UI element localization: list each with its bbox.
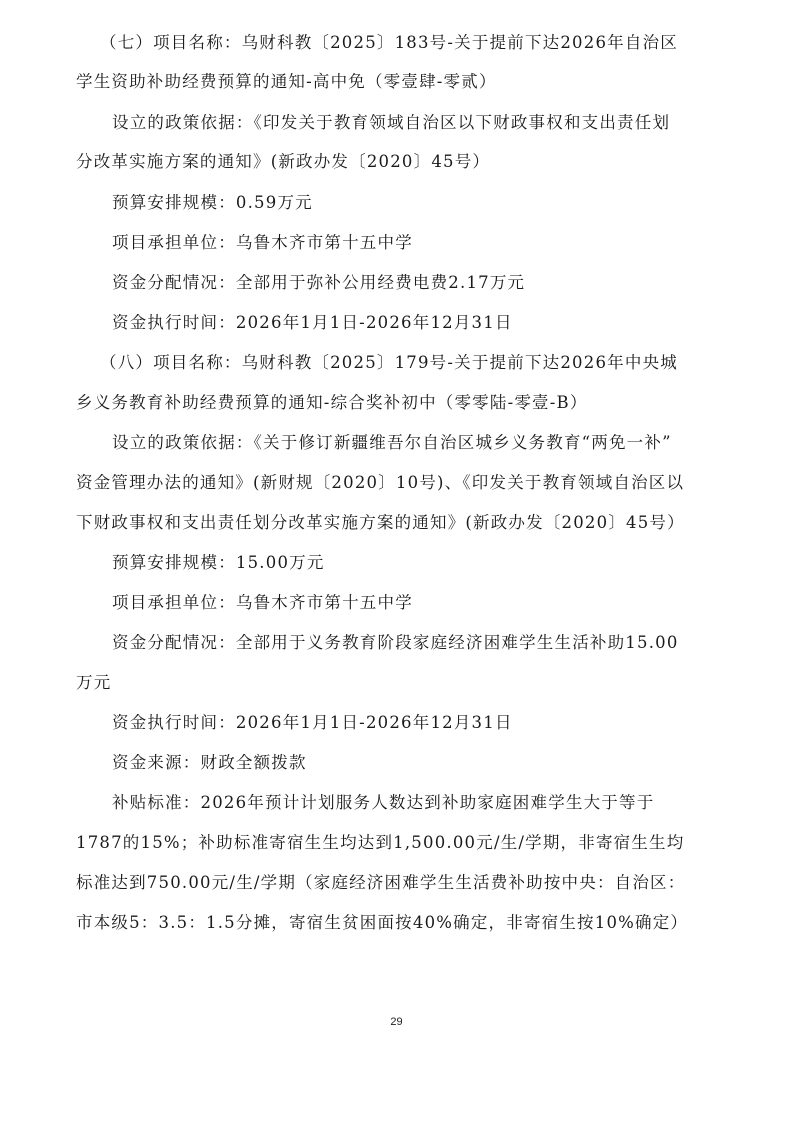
project-8-execution-time: 资金执行时间：2026年1月1日-2026年12月31日 [112, 712, 513, 734]
project-7-fund-allocation: 资金分配情况：全部用于弥补公用经费电费2.17万元 [112, 272, 525, 294]
project-7-policy-basis-cont: 分改革实施方案的通知》(新政办发〔2020〕45号） [76, 151, 490, 173]
project-8-subsidy-standard: 补贴标准：2026年预计计划服务人数达到补助家庭困难学生大于等于 [112, 792, 654, 814]
project-8-subsidy-standard-cont-3: 市本级5：3.5：1.5分摊，寄宿生贫困面按40%确定，非寄宿生按10%确定） [76, 912, 688, 934]
page-number: 29 [0, 1016, 793, 1028]
project-8-policy-basis-cont-1: 资金管理办法的通知》(新财规〔2020〕10号)、《印发关于教育领域自治区以 [76, 472, 684, 494]
project-8-undertaking-unit: 项目承担单位：乌鲁木齐市第十五中学 [112, 592, 413, 614]
project-7-budget-scale: 预算安排规模：0.59万元 [112, 192, 313, 214]
project-8-budget-scale: 预算安排规模：15.00万元 [112, 552, 325, 574]
project-8-fund-allocation: 资金分配情况：全部用于义务教育阶段家庭经济困难学生生活补助15.00 [112, 632, 679, 654]
project-8-fund-allocation-cont: 万元 [76, 672, 111, 694]
project-8-subsidy-standard-cont-2: 标准达到750.00元/生/学期（家庭经济困难学生生活费补助按中央：自治区： [76, 872, 685, 894]
project-8-policy-basis-cont-2: 下财政事权和支出责任划分改革实施方案的通知》(新政办发〔2020〕45号） [76, 512, 685, 534]
project-7-undertaking-unit: 项目承担单位：乌鲁木齐市第十五中学 [112, 232, 413, 254]
project-7-execution-time: 资金执行时间：2026年1月1日-2026年12月31日 [112, 312, 513, 334]
project-8-title: （八）项目名称：乌财科教〔2025〕179号-关于提前下达2026年中央城 [100, 352, 678, 374]
document-page: （七）项目名称：乌财科教〔2025〕183号-关于提前下达2026年自治区 学生… [0, 0, 793, 1122]
project-7-policy-basis: 设立的政策依据：《印发关于教育领域自治区以下财政事权和支出责任划 [112, 112, 670, 134]
project-8-policy-basis: 设立的政策依据：《关于修订新疆维吾尔自治区城乡义务教育“两免一补” [112, 432, 672, 454]
project-8-fund-source: 资金来源：财政全额拨款 [112, 752, 307, 774]
project-7-title: （七）项目名称：乌财科教〔2025〕183号-关于提前下达2026年自治区 [100, 32, 678, 54]
project-8-title-cont: 乡义务教育补助经费预算的通知-综合奖补初中（零零陆-零壹-B） [76, 392, 588, 414]
project-8-subsidy-standard-cont-1: 1787的15%；补助标准寄宿生生均达到1,500.00元/生/学期，非寄宿生生… [76, 832, 684, 854]
project-7-title-cont: 学生资助补助经费预算的通知-高中免（零壹肆-零贰） [76, 71, 497, 93]
